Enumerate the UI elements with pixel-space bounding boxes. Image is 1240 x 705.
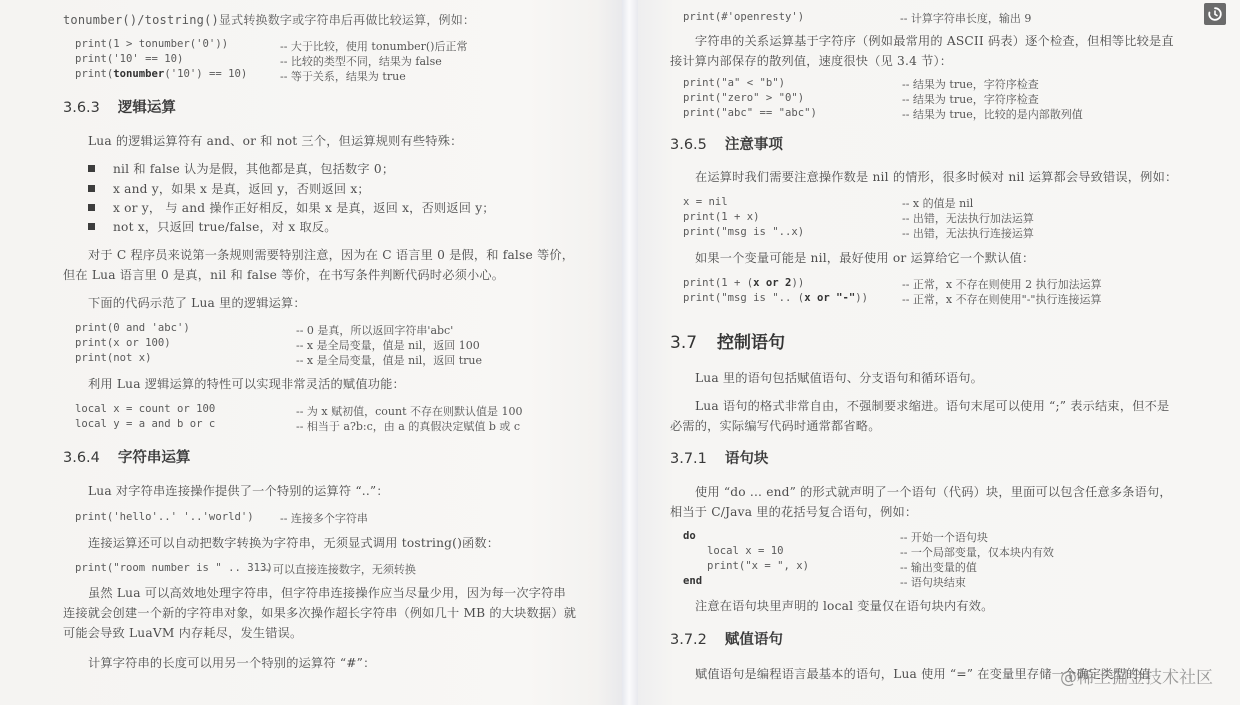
code-post: ('10') == 10) bbox=[164, 68, 247, 80]
code-line: print('10' == 10) bbox=[75, 53, 183, 65]
code-comment: -- x 是全局变量，值是 nil，返回 true bbox=[296, 352, 482, 368]
bullet-item: x or y， 与 and 操作正好相反，如果 x 是真，返回 x，否则返回 y… bbox=[88, 199, 495, 216]
paragraph: 必需的，实际编写代码时通常都省略。 bbox=[670, 417, 881, 434]
code-line: print("zero" > "0") bbox=[683, 92, 804, 104]
code-comment: -- 相当于 a?b:c，由 a 的真假决定赋值 b 或 c bbox=[296, 418, 520, 434]
code-comment: -- 比较的类型不同，结果为 false bbox=[280, 53, 442, 69]
bullet-item: x and y，如果 x 是真，返回 y，否则返回 x； bbox=[88, 180, 370, 197]
section-number: 3.7.2 bbox=[670, 632, 707, 648]
paragraph: 虽然 Lua 可以高效地处理字符串，但字符串连接操作应当尽量少用，因为每一次字符… bbox=[88, 584, 566, 601]
code-pre: print("msg is ".. ( bbox=[683, 292, 804, 304]
code-line: print("x = ", x) bbox=[707, 560, 809, 572]
code-bold: tonumber bbox=[113, 68, 164, 80]
code-comment: -- 开始一个语句块 bbox=[900, 529, 988, 545]
paragraph: 利用 Lua 逻辑运算的特性可以实现非常灵活的赋值功能： bbox=[88, 375, 405, 392]
code-line: local x = 10 bbox=[707, 545, 784, 557]
code-pre: print( bbox=[75, 68, 113, 80]
code-line: print("msg is ".. (x or "-")) bbox=[683, 292, 868, 304]
code-comment: -- 可以直接连接数字，无须转换 bbox=[262, 561, 416, 577]
paragraph: 注意在语句块里声明的 local 变量仅在语句块内有效。 bbox=[695, 597, 994, 614]
section-heading-3-6-3: 3.6.3逻辑运算 bbox=[63, 96, 176, 117]
section-heading-3-7-2: 3.7.2赋值语句 bbox=[670, 628, 783, 649]
section-title: 控制语句 bbox=[717, 333, 785, 353]
paragraph: 连接就会创建一个新的字符串对象，如果多次操作超长字符串（例如几十 MB 的大块数… bbox=[63, 604, 576, 621]
section-title: 字符串运算 bbox=[118, 450, 191, 466]
code-line: local y = a and b or c bbox=[75, 418, 215, 430]
paragraph: 计算字符串的长度可以用另一个特别的运算符 “#”： bbox=[88, 654, 375, 671]
section-title: 注意事项 bbox=[725, 137, 783, 153]
code-bold: x or "-" bbox=[804, 292, 855, 304]
section-title: 语句块 bbox=[725, 451, 769, 467]
code-line: print(1 + (x or 2)) bbox=[683, 277, 804, 289]
code-line: print("room number is " .. 313) bbox=[75, 562, 273, 574]
code-comment: -- x 是全局变量，值是 nil，返回 100 bbox=[296, 337, 480, 353]
code-line: print(tonumber('10') == 10) bbox=[75, 68, 247, 80]
right-page: print(#'openresty') -- 计算字符串长度，输出 9 字符串的… bbox=[638, 0, 1240, 705]
code-post: )) bbox=[855, 292, 868, 304]
code-post: )) bbox=[791, 277, 804, 289]
paragraph: Lua 的逻辑运算符有 and、or 和 not 三个，但运算规则有些特殊： bbox=[88, 132, 462, 149]
section-number: 3.7 bbox=[670, 333, 697, 353]
section-number: 3.6.5 bbox=[670, 137, 707, 153]
book-gutter bbox=[622, 0, 638, 705]
code-comment: -- 出错，无法执行连接运算 bbox=[902, 225, 1034, 241]
code-bold: x or 2 bbox=[753, 277, 791, 289]
paragraph: 对于 C 程序员来说第一条规则需要特别注意，因为在 C 语言里 0 是假，和 f… bbox=[88, 246, 574, 263]
code-line: print('hello'..' '..'world') bbox=[75, 511, 254, 523]
section-heading-3-7-1: 3.7.1语句块 bbox=[670, 447, 768, 468]
watermark: @稀土掘金技术社区 bbox=[1060, 663, 1213, 688]
intro-text: tonumber()/tostring()显式转换数字或字符串后再做比较运算，例… bbox=[63, 13, 475, 27]
code-comment: -- 正常，x 不存在则使用"-"执行连接运算 bbox=[902, 291, 1101, 307]
code-comment: -- 结果为 true，字符序检查 bbox=[902, 76, 1039, 92]
paragraph: 相当于 C/Java 里的花括号复合语句，例如： bbox=[670, 503, 917, 520]
history-icon bbox=[1207, 6, 1223, 22]
code-comment: -- 输出变量的值 bbox=[900, 559, 977, 575]
paragraph: Lua 语句的格式非常自由，不强制要求缩进。语句末尾可以使用 “;” 表示结束，… bbox=[695, 397, 1169, 414]
section-heading-3-6-4: 3.6.4字符串运算 bbox=[63, 446, 190, 467]
code-line: print("msg is "..x) bbox=[683, 226, 804, 238]
paragraph: 可能会导致 LuaVM 内存耗尽，发生错误。 bbox=[63, 624, 302, 641]
code-line: print(1 + x) bbox=[683, 211, 760, 223]
section-heading-3-7: 3.7控制语句 bbox=[670, 328, 785, 353]
bullet-item: nil 和 false 认为是假，其他都是真，包括数字 0； bbox=[88, 160, 394, 177]
code-comment: -- x 的值是 nil bbox=[902, 195, 973, 211]
intro-line: tonumber()/tostring()显式转换数字或字符串后再做比较运算，例… bbox=[63, 11, 475, 28]
code-comment: -- 计算字符串长度，输出 9 bbox=[900, 10, 1031, 26]
code-comment: -- 一个局部变量，仅本块内有效 bbox=[900, 544, 1054, 560]
section-number: 3.6.4 bbox=[63, 450, 100, 466]
code-comment: -- 出错，无法执行加法运算 bbox=[902, 210, 1034, 226]
code-line: print(#'openresty') bbox=[683, 11, 804, 23]
paragraph: 接计算内部保存的散列值，速度很快（见 3.4 节）： bbox=[670, 52, 952, 69]
code-comment: -- 结果为 true，比较的是内部散列值 bbox=[902, 106, 1083, 122]
code-pre: print(1 + ( bbox=[683, 277, 753, 289]
code-comment: -- 大于比较，使用 tonumber()后正常 bbox=[280, 38, 467, 54]
code-line: print(1 > tonumber('0')) bbox=[75, 38, 228, 50]
paragraph: 字符串的关系运算基于字符序（例如最常用的 ASCII 码表）逐个检查，但相等比较… bbox=[695, 32, 1174, 49]
code-line: print(not x) bbox=[75, 352, 152, 364]
code-comment: -- 语句块结束 bbox=[900, 574, 966, 590]
code-comment: -- 0 是真，所以返回字符串'abc' bbox=[296, 322, 453, 338]
code-comment: -- 正常，x 不存在则使用 2 执行加法运算 bbox=[902, 276, 1102, 292]
left-page: tonumber()/tostring()显式转换数字或字符串后再做比较运算，例… bbox=[0, 0, 622, 705]
code-line: print(0 and 'abc') bbox=[75, 322, 190, 334]
paragraph: Lua 里的语句包括赋值语句、分支语句和循环语句。 bbox=[695, 369, 983, 386]
code-line: print("a" < "b") bbox=[683, 77, 785, 89]
code-comment: -- 为 x 赋初值，count 不存在则默认值是 100 bbox=[296, 403, 523, 419]
paragraph: 在运算时我们需要注意操作数是 nil 的情形，很多时候对 nil 运算都会导致错… bbox=[695, 168, 1177, 185]
code-line: print(x or 100) bbox=[75, 337, 171, 349]
code-comment: -- 连接多个字符串 bbox=[280, 510, 368, 526]
section-title: 赋值语句 bbox=[725, 632, 783, 648]
paragraph: 使用 “do ... end” 的形式就声明了一个语句（代码）块，里面可以包含任… bbox=[695, 483, 1172, 500]
paragraph: 连接运算还可以自动把数字转换为字符串，无须显式调用 tostring()函数： bbox=[88, 534, 499, 551]
section-title: 逻辑运算 bbox=[118, 100, 176, 116]
code-line: end bbox=[683, 575, 702, 587]
paragraph: Lua 对字符串连接操作提供了一个特别的运算符 “..”： bbox=[88, 482, 389, 499]
section-heading-3-6-5: 3.6.5注意事项 bbox=[670, 133, 783, 154]
section-number: 3.7.1 bbox=[670, 451, 707, 467]
bullet-item: not x，只返回 true/false，对 x 取反。 bbox=[88, 218, 337, 235]
code-line: x = nil bbox=[683, 196, 728, 208]
history-button[interactable] bbox=[1204, 3, 1226, 25]
code-comment: -- 等于关系，结果为 true bbox=[280, 68, 406, 84]
paragraph: 下面的代码示范了 Lua 里的逻辑运算： bbox=[88, 294, 306, 311]
code-line: local x = count or 100 bbox=[75, 403, 215, 415]
code-comment: -- 结果为 true，字符序检查 bbox=[902, 91, 1039, 107]
code-line: do bbox=[683, 530, 696, 542]
code-line: print("abc" == "abc") bbox=[683, 107, 817, 119]
paragraph: 但在 Lua 语言里 0 是真，nil 和 false 等价，在书写条件判断代码… bbox=[63, 266, 504, 283]
section-number: 3.6.3 bbox=[63, 100, 100, 116]
paragraph: 如果一个变量可能是 nil，最好使用 or 运算给它一个默认值： bbox=[695, 249, 1034, 266]
